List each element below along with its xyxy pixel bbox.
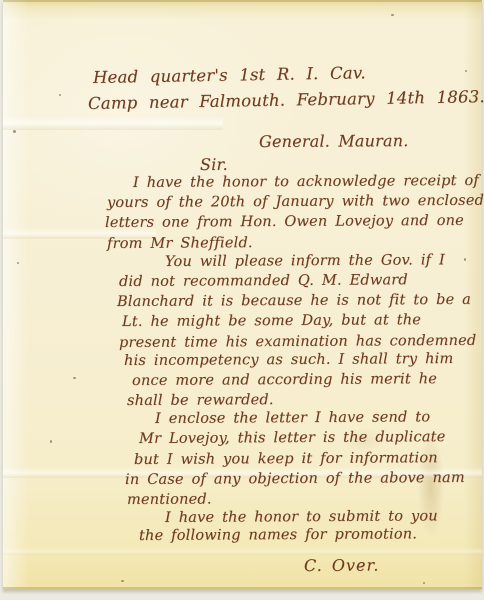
fold-crease	[3, 547, 482, 555]
body-line: the following names for promotion.	[139, 526, 417, 544]
paper-speck	[465, 70, 467, 72]
fold-crease	[3, 116, 223, 130]
body-line: once more and according his merit he	[132, 371, 437, 389]
body-line: Lt. he might be some Day, but at the	[122, 312, 421, 330]
paper-speck	[423, 582, 425, 584]
paper-speck	[50, 440, 52, 443]
paper-speck	[17, 262, 19, 264]
body-line: I have the honor to acknowledge receipt …	[133, 173, 479, 191]
body-line: shall be rewarded.	[127, 392, 274, 409]
letterhead-unit-line: Head quarter's 1st R. I. Cav.	[93, 63, 366, 87]
body-line: You will please inform the Gov. if I	[165, 252, 445, 270]
signature-line: C. Over.	[304, 556, 380, 575]
paper-speck	[391, 14, 394, 16]
paper-speck	[73, 377, 76, 379]
body-line: in Case of any objection of the above na…	[125, 470, 465, 488]
body-line: present time his examination has condemn…	[119, 333, 476, 351]
body-line: his incompetency as such. I shall try hi…	[124, 351, 454, 369]
letter-scan: Head quarter's 1st R. I. Cav. Camp near …	[0, 0, 484, 600]
letter-paper: Head quarter's 1st R. I. Cav. Camp near …	[3, 0, 482, 589]
paper-speck	[59, 94, 61, 96]
salutation-line: Sir.	[200, 155, 228, 174]
body-line: I enclose the letter I have send to	[155, 409, 430, 427]
paper-speck	[464, 258, 466, 261]
body-line: from Mr Sheffield.	[107, 235, 253, 252]
addressee-line: General. Mauran.	[259, 131, 409, 151]
body-line: yours of the 20th of January with two en…	[107, 193, 484, 211]
body-line: did not recommanded Q. M. Edward	[119, 272, 408, 290]
body-line: mentioned.	[127, 491, 212, 508]
paper-speck	[13, 130, 16, 133]
body-line: but I wish you keep it for information	[134, 450, 438, 468]
body-line: I have the honor to submit to you	[165, 508, 438, 526]
paper-speck	[121, 580, 124, 582]
letterhead-place-date-line: Camp near Falmouth. February 14th 1863.	[88, 87, 484, 113]
body-line: Mr Lovejoy, this letter is the duplicate	[139, 429, 446, 447]
body-line: letters one from Hon. Owen Lovejoy and o…	[105, 213, 464, 231]
body-line: Blanchard it is because he is not fit to…	[117, 292, 471, 310]
